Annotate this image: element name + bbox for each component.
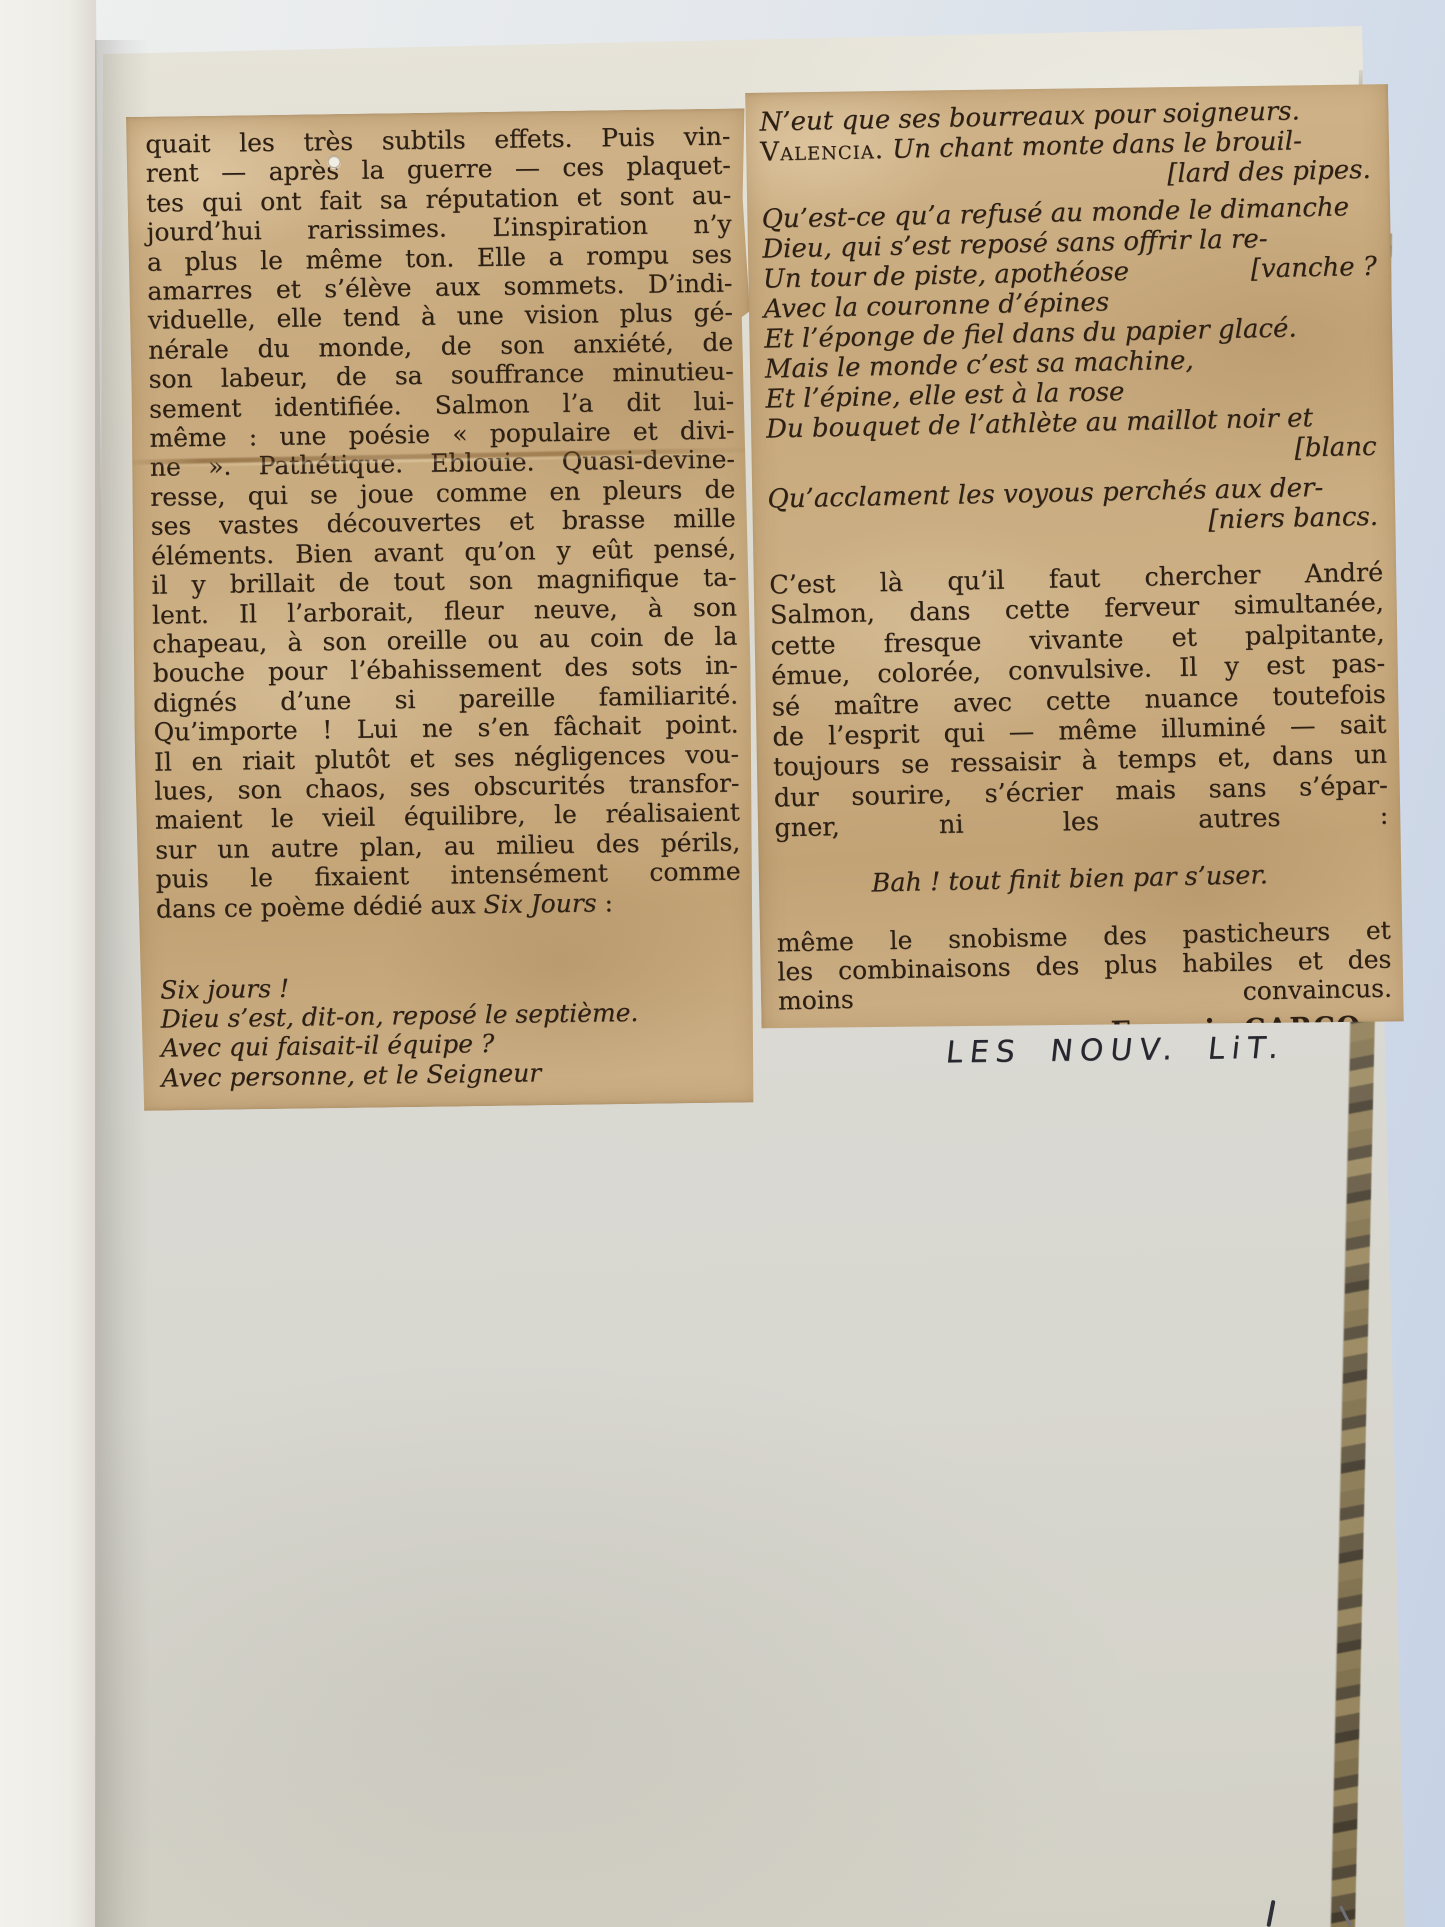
clipping-body: quait les très subtils effets. Puis vin-… [145,122,741,895]
poem-title-reference: Six Jours [483,888,597,919]
poem-excerpt: Six jours !Dieu s’est, dit-on, reposé le… [157,967,744,1092]
clipping-text-block: N’eut que ses bourreaux pour soigneurs. … [742,79,1408,1056]
article-prose: C’est là qu’il faut chercher AndréSalmon… [769,558,1389,844]
closing-lines: même le snobisme des pasticheurs etles c… [776,915,1392,1016]
pin-hole [328,155,341,168]
newspaper-clipping-right: N’eut que ses bourreaux pour soigneurs. … [742,79,1408,1034]
quoted-verse: Bah ! tout finit bien par s’user. [775,857,1389,900]
newspaper-clipping-left: quait les très subtils effets. Puis vin-… [126,108,761,1111]
poem-turnover: [vanche ? [1251,252,1378,285]
handwritten-source-note: LES NOUV. LiT. [944,1031,1288,1071]
scrapbook-photo: { "palette":{ "backdrop_blue":"#c6d2e5",… [0,0,1445,1927]
prose-lines: C’est là qu’il faut chercher AndréSalmon… [769,558,1389,844]
place-name: Valencia. [760,135,884,168]
line-text: : [596,888,613,917]
line-text: dans ce poème dédié aux [156,890,484,924]
clipping-text-block: quait les très subtils effets. Puis vin-… [126,108,761,1092]
